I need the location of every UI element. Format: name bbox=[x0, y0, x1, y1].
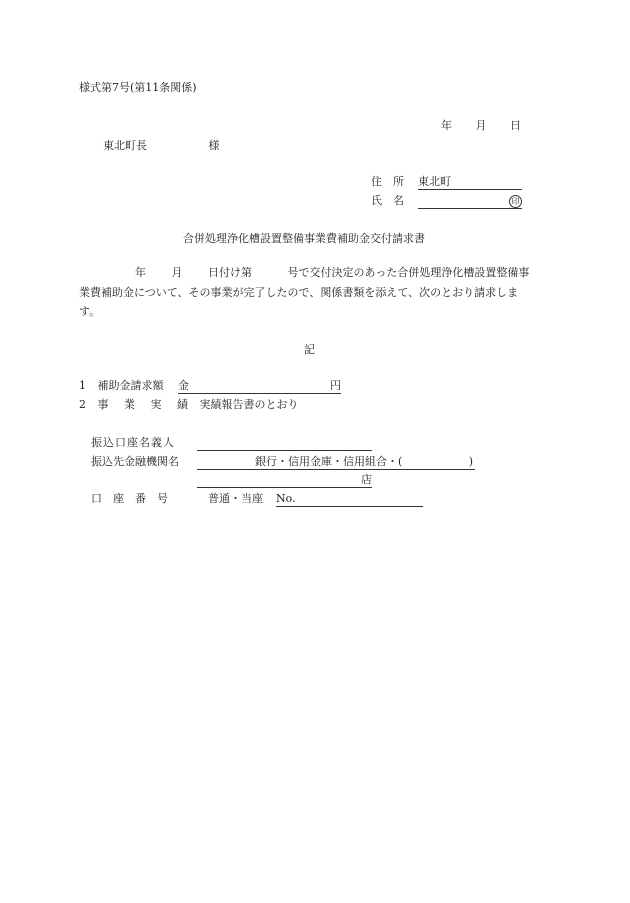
item-label: 補助金請求額 bbox=[98, 379, 164, 392]
seal-icon: 印 bbox=[509, 195, 522, 208]
item-1: 1 補助金請求額 bbox=[79, 379, 164, 393]
account-holder-label: 振込口座名義人 bbox=[91, 436, 175, 450]
account-number-field[interactable]: No. bbox=[276, 492, 423, 507]
addressee: 東北町長 様 bbox=[103, 139, 220, 153]
addressee-honorific: 様 bbox=[209, 139, 220, 152]
date-month: 月 bbox=[476, 119, 487, 132]
form-number: 様式第7号(第11条関係) bbox=[79, 81, 197, 95]
item-number: 1 bbox=[79, 379, 86, 392]
document-title: 合併処理浄化槽設置整備事業費補助金交付請求書 bbox=[183, 232, 425, 246]
address-row: 住 所 bbox=[371, 175, 404, 189]
item-value: 実績報告書のとおり bbox=[200, 398, 299, 411]
claim-amount-field[interactable]: 金 円 bbox=[178, 379, 341, 394]
address-field[interactable]: 東北町 bbox=[418, 175, 522, 190]
body-line-3: す。 bbox=[79, 305, 100, 319]
body-line-1: 年 月 日付け第 号で交付決定のあった合併処理浄化槽設置整備事 bbox=[135, 266, 529, 280]
body-line-2: 業費補助金について、その事業が完了したので、関係書類を添えて、次のとおり請求しま bbox=[79, 286, 518, 300]
date-year: 年 bbox=[441, 119, 452, 132]
date-line: 年 月 日 bbox=[441, 119, 521, 133]
name-row: 氏 名 bbox=[371, 194, 404, 208]
address-label: 住 所 bbox=[371, 175, 404, 188]
address-value: 東北町 bbox=[418, 175, 451, 188]
branch-field[interactable]: 店 bbox=[197, 473, 372, 488]
account-type: 普通・当座 bbox=[208, 492, 263, 506]
name-label: 氏 名 bbox=[371, 194, 404, 207]
account-holder-field[interactable] bbox=[197, 436, 372, 451]
institution-label: 振込先金融機関名 bbox=[91, 455, 179, 469]
ki-heading: 記 bbox=[304, 343, 315, 357]
addressee-name: 東北町長 bbox=[103, 139, 147, 152]
account-number-label: 口 座 番 号 bbox=[91, 492, 168, 506]
date-day: 日 bbox=[510, 119, 521, 132]
item-label: 事 業 実 績 bbox=[98, 398, 195, 411]
item-2: 2 事 業 実 績 実績報告書のとおり bbox=[79, 398, 299, 412]
item-number: 2 bbox=[79, 398, 86, 411]
name-field[interactable]: 印 bbox=[418, 194, 522, 209]
institution-field[interactable]: 銀行・信用金庫・信用組合・( ) bbox=[197, 455, 475, 470]
